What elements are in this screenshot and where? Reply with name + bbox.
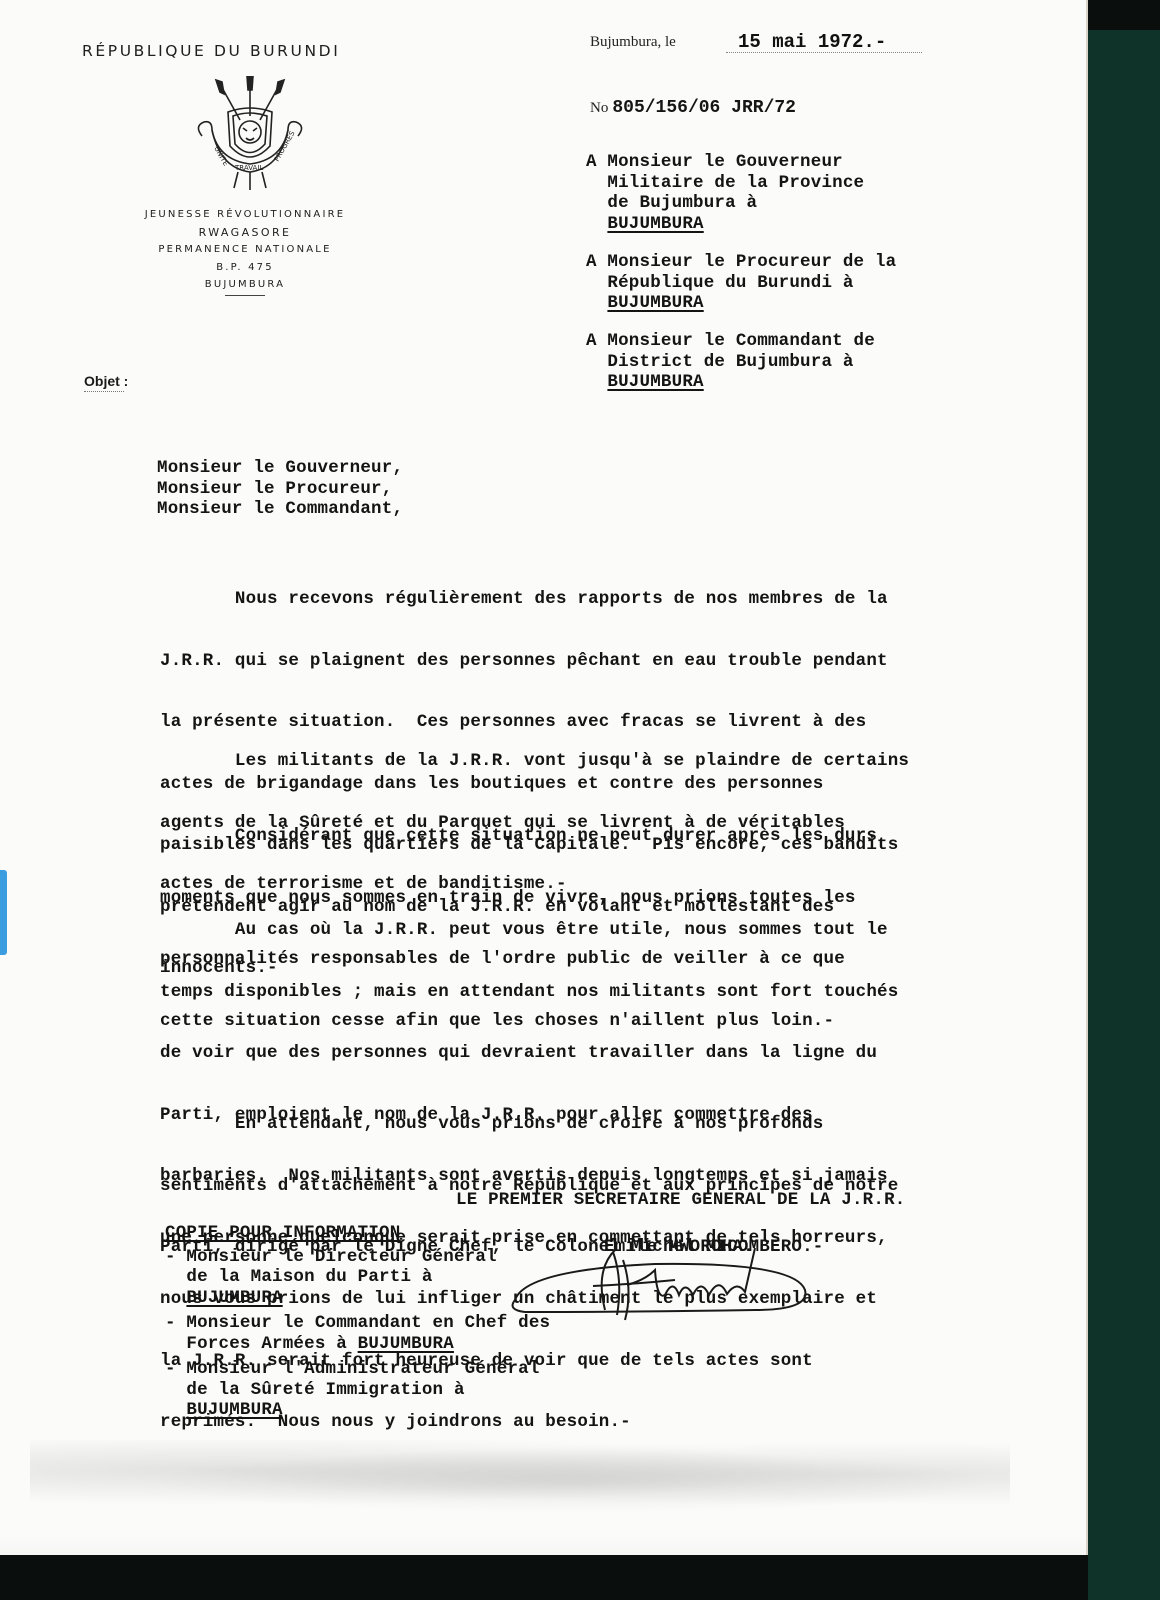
copy-line-prefix: Forces Armées à (165, 1334, 358, 1354)
binder-tab (0, 870, 7, 955)
letterhead-rule (225, 295, 265, 296)
body-line: Considérant que cette situation ne peut … (160, 826, 877, 847)
copy-city: BUJUMBURA (186, 1400, 282, 1420)
copies-heading: COPIE POUR INFORMATION (165, 1223, 400, 1243)
page-bottom-edge (0, 1535, 1086, 1555)
body-line: Nous recevons régulièrement des rapports… (160, 589, 898, 610)
body-line: de voir que des personnes qui devraient … (160, 1043, 898, 1064)
reference-number: 805/156/06 JRR/72 (612, 98, 796, 118)
salutation-line: Monsieur le Gouverneur, (157, 458, 403, 479)
letter-page: RÉPUBLIQUE DU BURUNDI UNITE TRAVAIL PROG… (0, 0, 1086, 1555)
scan-artifact (30, 1440, 1010, 1515)
recipient-commander: A Monsieur le Commandant de District de … (586, 331, 875, 393)
signatory-title: LE PREMIER SECRETAIRE GENERAL DE LA J.R.… (456, 1190, 905, 1211)
recipient-line: République du Burundi à (586, 273, 896, 294)
handwritten-signature-icon (505, 1240, 825, 1330)
salutation: Monsieur le Gouverneur, Monsieur le Proc… (157, 458, 403, 520)
copies-block: COPIE POUR INFORMATION - Monsieur le Dir… (165, 1223, 550, 1426)
body-line: Au cas où la J.R.R. peut vous être utile… (160, 920, 898, 941)
org-name: JEUNESSE RÉVOLUTIONNAIRE (110, 206, 380, 224)
body-line: temps disponibles ; mais en attendant no… (160, 982, 898, 1003)
letter-date: 15 mai 1972.- (738, 31, 886, 53)
subject-label-text: Objet : (84, 373, 128, 389)
recipient-line: A Monsieur le Commandant de (586, 331, 875, 352)
scan-background (1088, 30, 1160, 1600)
reference-label: No (590, 100, 608, 116)
recipient-city: BUJUMBURA (607, 214, 703, 234)
copy-recipient: - Monsieur l'Administrateur Général de l… (165, 1359, 550, 1421)
copy-recipient: - Monsieur le Directeur Général de la Ma… (165, 1247, 550, 1309)
copy-recipient: - Monsieur le Commandant en Chef des For… (165, 1313, 550, 1354)
subject-label: Objet : (84, 373, 128, 392)
coat-of-arms-icon: UNITE TRAVAIL PROGRES (190, 76, 310, 196)
subject-rule (84, 391, 124, 392)
copy-line: - Monsieur le Commandant en Chef des (165, 1313, 550, 1334)
place-label: Bujumbura, le (590, 34, 676, 50)
reference-line: No805/156/06 JRR/72 (590, 98, 796, 118)
copy-line: - Monsieur l'Administrateur Général (165, 1359, 550, 1380)
copy-line-prefix (165, 1400, 186, 1420)
copy-line-prefix (165, 1288, 186, 1308)
svg-text:PROGRES: PROGRES (273, 129, 297, 163)
copy-city: BUJUMBURA (186, 1288, 282, 1308)
org-city: BUJUMBURA (110, 276, 380, 294)
letterhead-organization: JEUNESSE RÉVOLUTIONNAIRE RWAGASORE PERMA… (110, 206, 380, 296)
recipient-line: District de Bujumbura à (586, 352, 875, 373)
org-department: PERMANENCE NATIONALE (110, 241, 380, 259)
org-po-box: B.P. 475 (110, 259, 380, 277)
recipient-line: de Bujumbura à (586, 193, 864, 214)
recipient-city: BUJUMBURA (607, 293, 703, 313)
recipient-line: Militaire de la Province (586, 173, 864, 194)
org-subname: RWAGASORE (110, 224, 380, 242)
svg-text:TRAVAIL: TRAVAIL (234, 164, 263, 172)
recipient-city: BUJUMBURA (607, 372, 703, 392)
body-line: J.R.R. qui se plaignent des personnes pê… (160, 651, 898, 672)
recipient-line: A Monsieur le Gouverneur (586, 152, 864, 173)
copy-line: de la Sûreté Immigration à (165, 1380, 550, 1401)
copy-line: - Monsieur le Directeur Général (165, 1247, 550, 1268)
body-line: En attendant, nous vous prions de croire… (160, 1114, 898, 1135)
copy-city: BUJUMBURA (358, 1334, 454, 1354)
salutation-line: Monsieur le Procureur, (157, 479, 403, 500)
salutation-line: Monsieur le Commandant, (157, 499, 403, 520)
letterhead-country: RÉPUBLIQUE DU BURUNDI (82, 42, 340, 60)
recipient-line: A Monsieur le Procureur de la (586, 252, 896, 273)
recipient-prosecutor: A Monsieur le Procureur de la République… (586, 252, 896, 314)
copy-line: de la Maison du Parti à (165, 1267, 550, 1288)
body-line: Les militants de la J.R.R. vont jusqu'à … (160, 751, 909, 772)
date-line: Bujumbura, le 15 mai 1972.- (590, 34, 930, 51)
recipient-governor: A Monsieur le Gouverneur Militaire de la… (586, 152, 864, 234)
